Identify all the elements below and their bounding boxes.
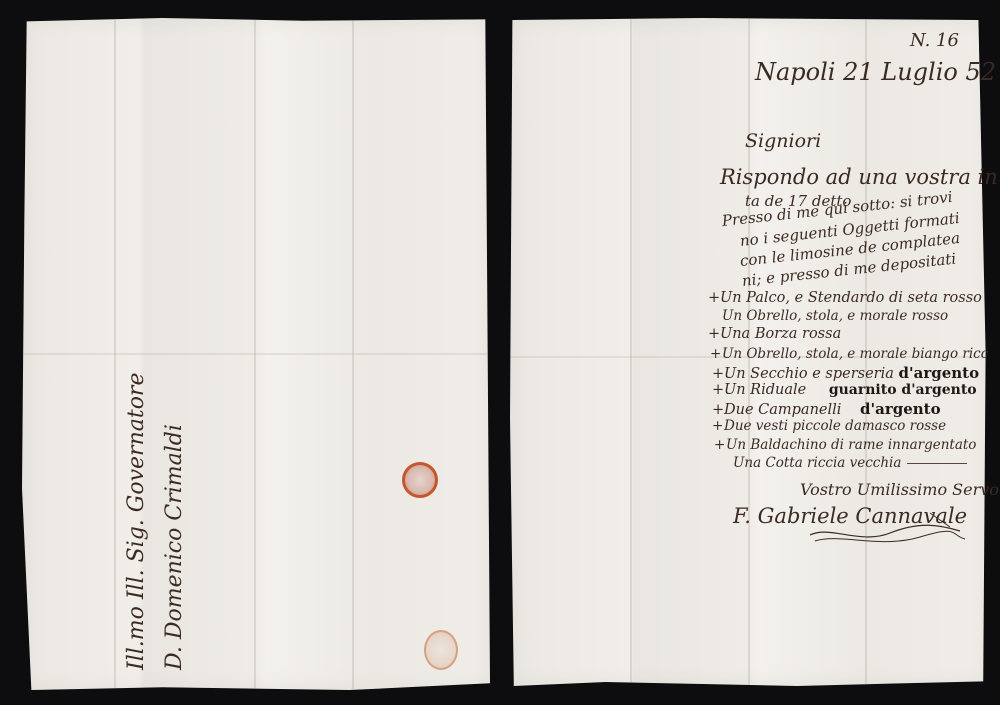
list-item: +Un Riduale guarnito d'argento xyxy=(712,382,977,398)
list-item: Una Cotta riccia vecchia xyxy=(733,455,967,471)
address-block: Ill.mo Ill. Sig. Governatore D. Domenico… xyxy=(118,373,194,670)
added-annotation: guarnito d'argento xyxy=(829,382,977,398)
added-annotation: d'argento xyxy=(899,364,980,382)
salutation: Signiori xyxy=(745,130,821,152)
list-item: +Un Obrello, stola, e morale biango ricc xyxy=(710,346,988,362)
list-item: +Due Campanelli d'argento xyxy=(712,400,941,418)
closing: Vostro Umilissimo Servo xyxy=(800,480,999,499)
list-item: +Un Secchio e sperseria d'argento xyxy=(712,364,979,382)
list-item: +Una Borza rossa xyxy=(708,326,841,342)
list-item: +Due vesti piccole damasco rosse xyxy=(712,418,946,434)
added-annotation: d'argento xyxy=(860,400,941,418)
list-item: +Un Baldachino di rame innargentato xyxy=(714,437,976,453)
document-number: N. 16 xyxy=(910,30,959,51)
left-page xyxy=(22,18,490,690)
list-item: +Un Palco, e Stendardo di seta rosso xyxy=(708,290,982,306)
fold-line xyxy=(22,353,490,355)
fold-line xyxy=(630,18,632,686)
dateline: Napoli 21 Luglio 52 xyxy=(755,58,996,86)
wax-seal xyxy=(402,462,438,498)
list-item: Un Obrello, stola, e morale rosso xyxy=(722,308,948,324)
seal-stain xyxy=(424,630,458,670)
signature-flourish xyxy=(800,505,970,550)
address-line-1: Ill.mo Ill. Sig. Governatore xyxy=(118,373,156,670)
line-stroke xyxy=(907,463,967,464)
body-line: Rispondo ad una vostra in da xyxy=(720,165,1000,189)
address-line-2: D. Domenico Crimaldi xyxy=(156,373,194,670)
